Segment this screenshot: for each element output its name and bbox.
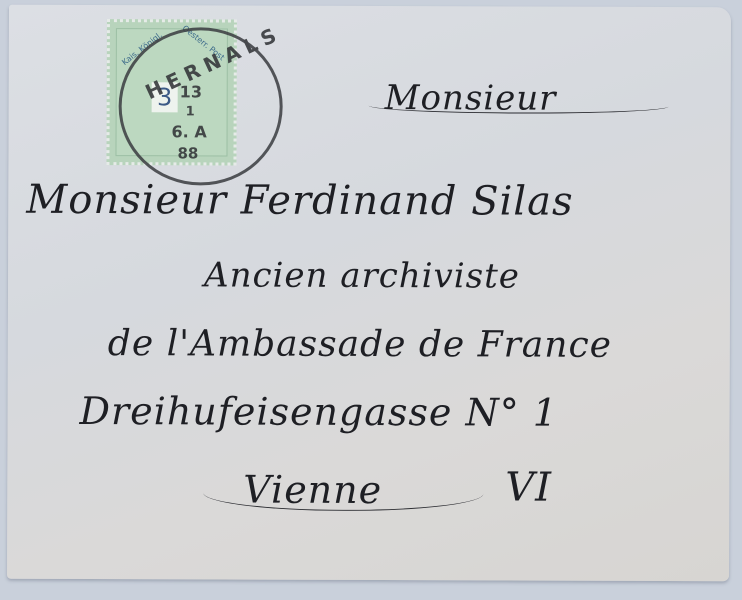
- address-title: Ancien archiviste: [204, 255, 520, 296]
- address-name: Monsieur Ferdinand Silas: [26, 177, 573, 225]
- postmark-year: 88: [177, 144, 198, 162]
- postmark-cancellation: HERNALS 13 1 6. A 88: [118, 27, 283, 186]
- postmark-day: 13: [180, 82, 202, 101]
- postmark-month: 1: [186, 104, 195, 119]
- address-street: Dreihufeisengasse N° 1: [80, 389, 559, 435]
- address-district: VI: [505, 464, 552, 510]
- envelope: Kais. Königl. Oesterr. Post 3 HERNALS 13…: [7, 5, 731, 582]
- address-institution: de l'Ambassade de France: [108, 323, 612, 366]
- postmark-time: 6. A: [172, 122, 207, 141]
